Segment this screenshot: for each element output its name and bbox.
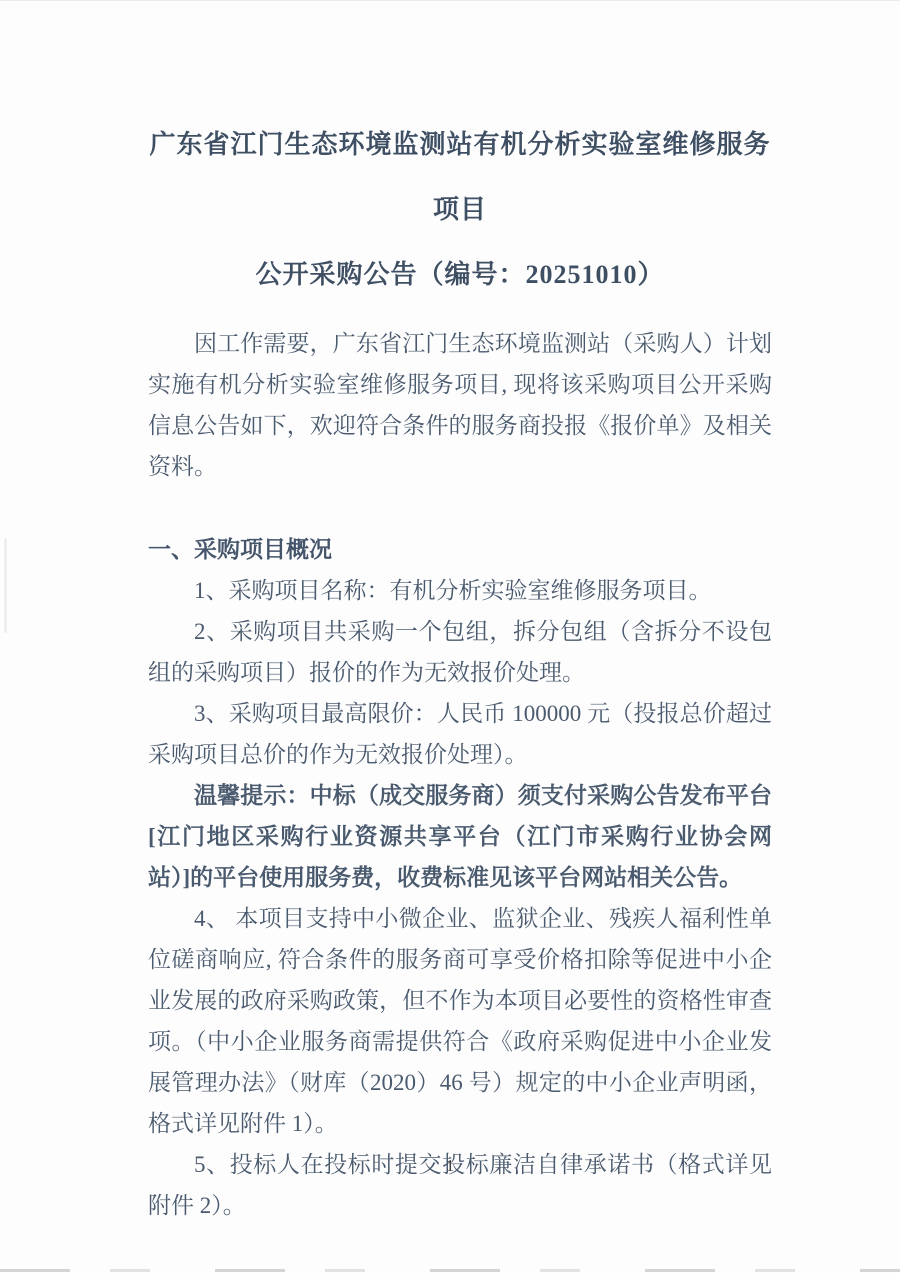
title-line-1: 广东省江门生态环境监测站有机分析实验室维修服务项目 (148, 112, 772, 242)
section-1-item-3: 3、采购项目最高限价：人民币 100000 元（投报总价超过采购项目总价的作为无… (148, 693, 772, 775)
page-number: 1 (0, 1156, 900, 1176)
section-1-item-2: 2、采购项目共采购一个包组，拆分包组（含拆分不设包组的采购项目）报价的作为无效报… (148, 611, 772, 693)
section-1-item-1: 1、采购项目名称：有机分析实验室维修服务项目。 (148, 570, 772, 611)
section-1-item-4: 4、 本项目支持中小微企业、监狱企业、残疾人福利性单位磋商响应, 符合条件的服务… (148, 898, 772, 1144)
intro-paragraph: 因工作需要，广东省江门生态环境监测站（采购人）计划实施有机分析实验室维修服务项目… (148, 323, 772, 487)
document-title: 广东省江门生态环境监测站有机分析实验室维修服务项目 公开采购公告（编号：2025… (148, 112, 772, 307)
document-content: 广东省江门生态环境监测站有机分析实验室维修服务项目 公开采购公告（编号：2025… (148, 0, 772, 1226)
title-line-2: 公开采购公告（编号：20251010） (148, 242, 772, 307)
scan-edge-artifact-bottom (0, 1269, 900, 1272)
section-1-heading: 一、采购项目概况 (148, 529, 772, 570)
scanned-document-page: 广东省江门生态环境监测站有机分析实验室维修服务项目 公开采购公告（编号：2025… (0, 0, 900, 1273)
reminder-paragraph: 温馨提示：中标（成交服务商）须支付采购公告发布平台[江门地区采购行业资源共享平台… (148, 775, 772, 898)
scan-smudge-artifact (4, 538, 7, 633)
